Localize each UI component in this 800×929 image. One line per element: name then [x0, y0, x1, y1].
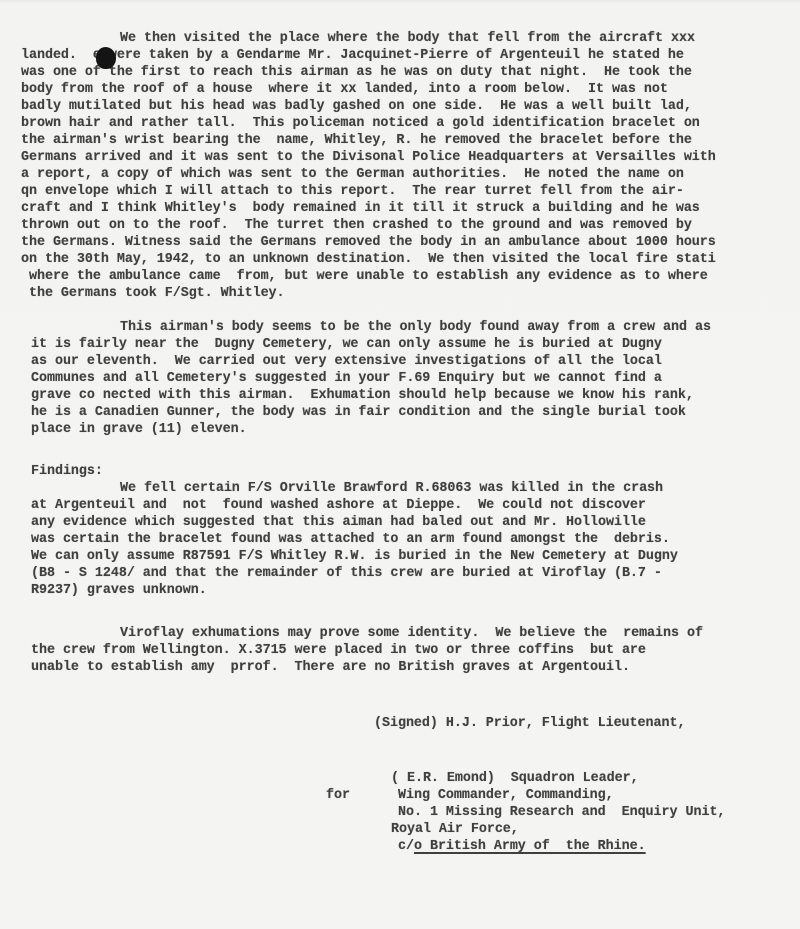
- text-line: Viroflay exhumations may prove some iden…: [120, 625, 703, 642]
- text-line: thrown out on to the roof. The turret th…: [21, 217, 692, 234]
- text-line: qn envelope which I will attach to this …: [21, 183, 684, 200]
- text-line: This airman's body seems to be the only …: [120, 319, 711, 336]
- text-line: the Germans. Witness said the Germans re…: [21, 234, 716, 251]
- text-line: craft and I think Whitley's body remaine…: [21, 200, 700, 217]
- text-line: Germans arrived and it was sent to the D…: [21, 149, 716, 166]
- unit-line: No. 1 Missing Research and Enquiry Unit,: [398, 804, 725, 821]
- text-line: a report, a copy of which was sent to th…: [21, 166, 684, 183]
- text-line: the Germans took F/Sgt. Whitley.: [21, 285, 285, 302]
- ink-blot: [96, 47, 116, 69]
- text-line: (B8 - S 1248/ and that the remainder of …: [31, 565, 662, 582]
- text-line: was certain the bracelet found was attac…: [31, 531, 670, 548]
- text-line: body from the roof of a house where it x…: [21, 81, 668, 98]
- text-line: he is a Canadien Gunner, the body was in…: [31, 404, 686, 421]
- text-line: place in grave (11) eleven.: [31, 421, 247, 438]
- text-line: grave co nected with this airman. Exhuma…: [31, 387, 694, 404]
- text-line: it is fairly near the Dugny Cemetery, we…: [31, 336, 662, 353]
- service-line: Royal Air Force,: [391, 821, 519, 838]
- text-line: badly mutilated but his head was badly g…: [21, 98, 692, 115]
- text-line: the airman's wrist bearing the name, Whi…: [21, 132, 692, 149]
- signatory-name-line: ( E.R. Emond) Squadron Leader,: [391, 770, 639, 787]
- signed-line: (Signed) H.J. Prior, Flight Lieutenant,: [374, 715, 685, 732]
- care-of-underlined: o British Army of the Rhine.: [414, 839, 646, 854]
- for-label: for: [326, 787, 350, 804]
- text-line: R9237) graves unknown.: [31, 582, 207, 599]
- text-line: unable to establish amy prrof. There are…: [31, 659, 630, 676]
- text-line: where the ambulance came from, but were …: [21, 268, 708, 285]
- text-line: Communes and all Cemetery's suggested in…: [31, 370, 662, 387]
- text-line: any evidence which suggested that this a…: [31, 514, 646, 531]
- findings-heading: Findings:: [31, 463, 103, 480]
- text-line: brown hair and rather tall. This policem…: [21, 115, 700, 132]
- text-line: was one of the first to reach this airma…: [21, 64, 692, 81]
- care-of-line: c/o British Army of the Rhine.: [398, 838, 646, 855]
- text-line: the crew from Wellington. X.3715 were pl…: [31, 642, 646, 659]
- care-of-prefix: c/: [398, 839, 414, 854]
- text-line: We then visited the place where the body…: [120, 30, 695, 47]
- document-page: We then visited the place where the body…: [0, 0, 800, 929]
- text-line: We fell certain F/S Orville Brawford R.6…: [120, 480, 663, 497]
- text-line: on the 30th May, 1942, to an unknown des…: [21, 251, 716, 268]
- text-line: at Argenteuil and not found washed ashor…: [31, 497, 646, 514]
- signatory-title-line: Wing Commander, Commanding,: [398, 787, 614, 804]
- text-line: We can only assume R87591 F/S Whitley R.…: [31, 548, 678, 565]
- text-line: landed. e were taken by a Gendarme Mr. J…: [21, 47, 684, 64]
- text-line: as our eleventh. We carried out very ext…: [31, 353, 662, 370]
